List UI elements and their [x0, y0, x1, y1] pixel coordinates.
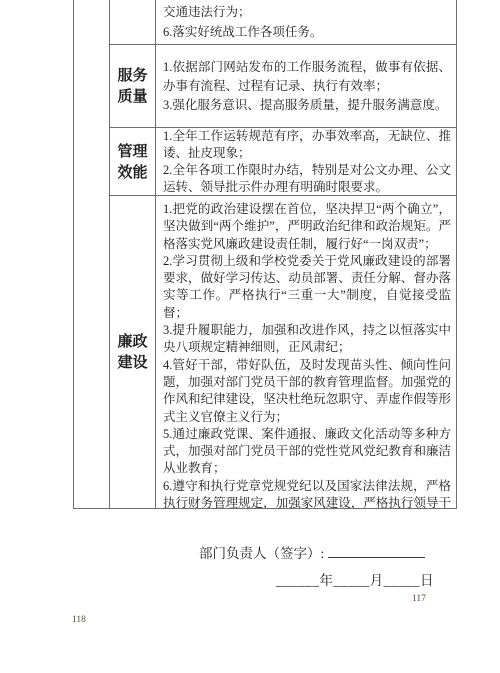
- row-content-integrity-building: 1.把党的政治建设摆在首位，坚决捍卫“两个确立”，坚决做到“两个维护”，严明政治…: [156, 196, 456, 508]
- content-item: 1.全年工作运转规范有序，办事效率高，无缺位、推诿、扯皮现象；: [163, 128, 451, 162]
- row-label-cell: 廉政建设: [110, 196, 156, 508]
- row-label-cell-empty: [110, 0, 156, 44]
- table-row-continuation: 交通违法行为； 6.落实好统战工作各项任务。: [110, 0, 456, 45]
- row-label-cell: 管理效能: [110, 128, 156, 195]
- row-content-service-quality: 1.依据部门网站发布的工作服务流程，做事有依据、办事有流程、过程有记录、执行有效…: [156, 45, 456, 127]
- table-main-columns: 交通违法行为； 6.落实好统战工作各项任务。 服务质量 1.依据部门网站发布的工…: [110, 0, 456, 508]
- table-row-integrity-building: 廉政建设 1.把党的政治建设摆在首位，坚决捍卫“两个确立”，坚决做到“两个维护”…: [110, 196, 456, 508]
- signature-blank-underline: [328, 544, 425, 558]
- table-row-management-efficiency: 管理效能 1.全年工作运转规范有序，办事效率高，无缺位、推诿、扯皮现象； 2.全…: [110, 128, 456, 196]
- content-item: 4.管好干部，带好队伍，及时发现苗头性、倾向性问题，加强对部门党员干部的教育管理…: [163, 357, 451, 426]
- signature-label: 部门负责人（签字）:: [199, 546, 324, 561]
- merged-left-column-cell: [74, 0, 110, 508]
- date-fill-in-line: ______年_____月_____日: [276, 569, 434, 589]
- content-item: 1.依据部门网站发布的工作服务流程，做事有依据、办事有流程、过程有记录、执行有效…: [163, 58, 451, 96]
- content-item: 5.通过廉政党课、案件通报、廉政文化活动等多种方式，加强对部门党员干部的党性党风…: [163, 426, 451, 478]
- content-item: 3.强化服务意识、提高服务质量，提升服务满意度。: [163, 96, 451, 115]
- content-item: 6.遵守和执行党章党规党纪以及国家法律法规，严格执行财务管理规定，加强家风建设，…: [163, 478, 451, 508]
- signature-line: 部门负责人（签字）:: [199, 542, 425, 562]
- row-content-management-efficiency: 1.全年工作运转规范有序，办事效率高，无缺位、推诿、扯皮现象； 2.全年各项工作…: [156, 128, 456, 195]
- page-number-118: 118: [72, 615, 86, 625]
- content-item: 3.提升履职能力，加强和改进作风，持之以恒落实中央八项规定精神细则，正风肃纪；: [163, 322, 451, 357]
- page-number-117: 117: [412, 594, 426, 604]
- row-content-continuation: 交通违法行为； 6.落实好统战工作各项任务。: [156, 0, 456, 44]
- assessment-table: 交通违法行为； 6.落实好统战工作各项任务。 服务质量 1.依据部门网站发布的工…: [73, 0, 457, 509]
- row-label-management-efficiency: 管理效能: [116, 141, 148, 183]
- content-item: 2.学习贯彻上级和学校党委关于党风廉政建设的部署要求，做好学习传达、动员部署、责…: [163, 253, 451, 322]
- table-row-service-quality: 服务质量 1.依据部门网站发布的工作服务流程，做事有依据、办事有流程、过程有记录…: [110, 45, 456, 128]
- content-line: 交通违法行为；: [163, 2, 451, 22]
- document-page: 交通违法行为； 6.落实好统战工作各项任务。 服务质量 1.依据部门网站发布的工…: [0, 0, 500, 673]
- row-label-service-quality: 服务质量: [116, 65, 148, 107]
- content-item: 1.把党的政治建设摆在首位，坚决捍卫“两个确立”，坚决做到“两个维护”，严明政治…: [163, 201, 451, 253]
- content-item: 2.全年各项工作限时办结，特别是对公文办理、公文运转、领导批示件办理有明确时限要…: [163, 162, 451, 196]
- content-line: 6.落实好统战工作各项任务。: [163, 22, 451, 42]
- row-label-integrity-building: 廉政建设: [116, 331, 148, 373]
- row-label-cell: 服务质量: [110, 45, 156, 127]
